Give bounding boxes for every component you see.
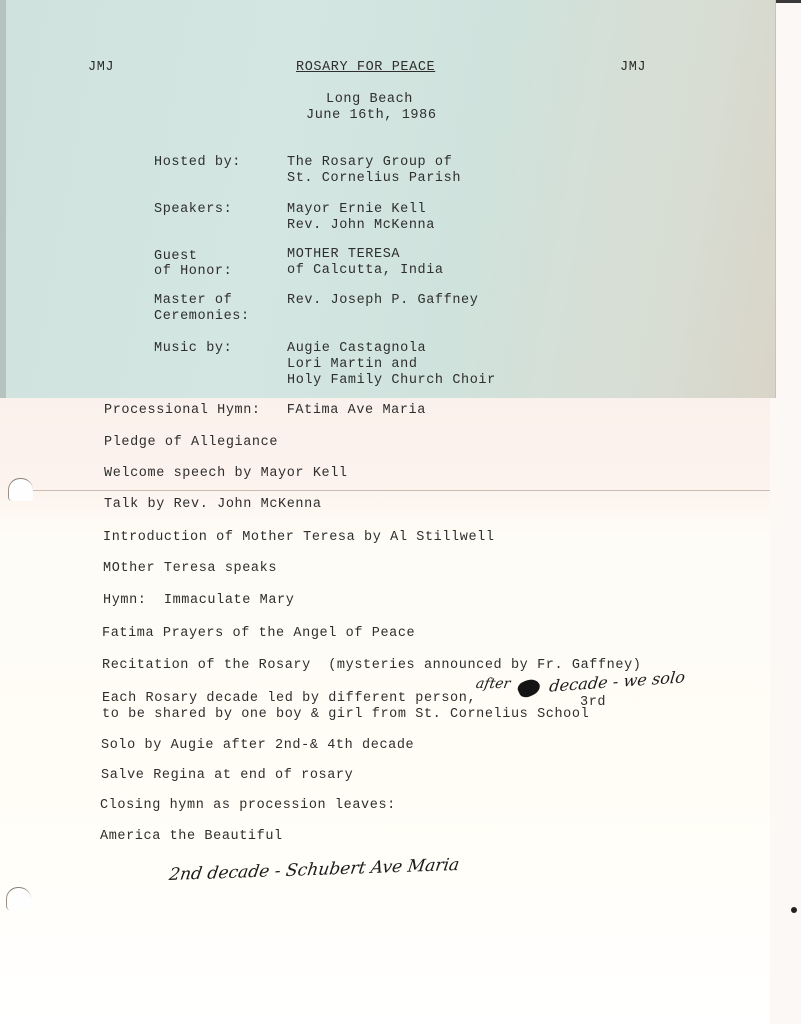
detail-label: Ceremonies:: [154, 309, 250, 325]
event-date: June 16th, 1986: [306, 108, 437, 124]
detail-value: Rev. John McKenna: [287, 218, 435, 234]
program-item: Pledge of Allegiance: [104, 435, 278, 451]
program-item: Introduction of Mother Teresa by Al Stil…: [103, 530, 495, 546]
program-item: to be shared by one boy & girl from St. …: [102, 707, 589, 723]
program-item: America the Beautiful: [100, 829, 283, 845]
program-item: Welcome speech by Mayor Kell: [104, 466, 348, 482]
detail-value: of Calcutta, India: [287, 263, 444, 279]
paper-fold: [30, 490, 770, 491]
detail-value: MOTHER TERESA: [287, 247, 400, 263]
handwritten-note-after: after: [475, 676, 512, 692]
detail-value: The Rosary Group of: [287, 155, 452, 171]
detail-value: Holy Family Church Choir: [287, 373, 496, 389]
detail-label: Guest: [154, 249, 198, 265]
detail-value: Mayor Ernie Kell: [287, 202, 426, 218]
detail-value: St. Cornelius Parish: [287, 171, 461, 187]
program-item: Talk by Rev. John McKenna: [104, 497, 322, 513]
detail-label: Speakers:: [154, 202, 232, 218]
document-title: ROSARY FOR PEACE: [296, 60, 435, 76]
program-item: Fatima Prayers of the Angel of Peace: [102, 626, 415, 642]
program-item: Processional Hymn: FAtima Ave Maria: [104, 403, 426, 419]
program-item: Solo by Augie after 2nd-& 4th decade: [101, 738, 414, 754]
ink-spot: [791, 907, 797, 913]
event-location: Long Beach: [326, 92, 413, 108]
jmj-right: JMJ: [620, 60, 646, 76]
jmj-left: JMJ: [88, 60, 114, 76]
detail-value: Lori Martin and: [287, 357, 418, 373]
detail-value: Augie Castagnola: [287, 341, 426, 357]
blue-paper-sheet: JMJ ROSARY FOR PEACE JMJ Long Beach June…: [0, 0, 776, 398]
program-item: Each Rosary decade led by different pers…: [102, 691, 476, 707]
program-item: MOther Teresa speaks: [103, 561, 277, 577]
program-item: Salve Regina at end of rosary: [101, 768, 353, 784]
program-item: Closing hymn as procession leaves:: [100, 798, 396, 814]
detail-value: Rev. Joseph P. Gaffney: [287, 293, 478, 309]
punch-hole: [6, 887, 31, 910]
detail-label: Master of: [154, 293, 232, 309]
detail-label: Hosted by:: [154, 155, 241, 171]
punch-hole: [8, 478, 33, 501]
typed-decade-insert: 3rd: [580, 695, 606, 711]
program-item: Hymn: Immaculate Mary: [103, 593, 294, 609]
program-item: Recitation of the Rosary (mysteries anno…: [102, 658, 641, 674]
detail-label: of Honor:: [154, 264, 232, 280]
detail-label: Music by:: [154, 341, 232, 357]
